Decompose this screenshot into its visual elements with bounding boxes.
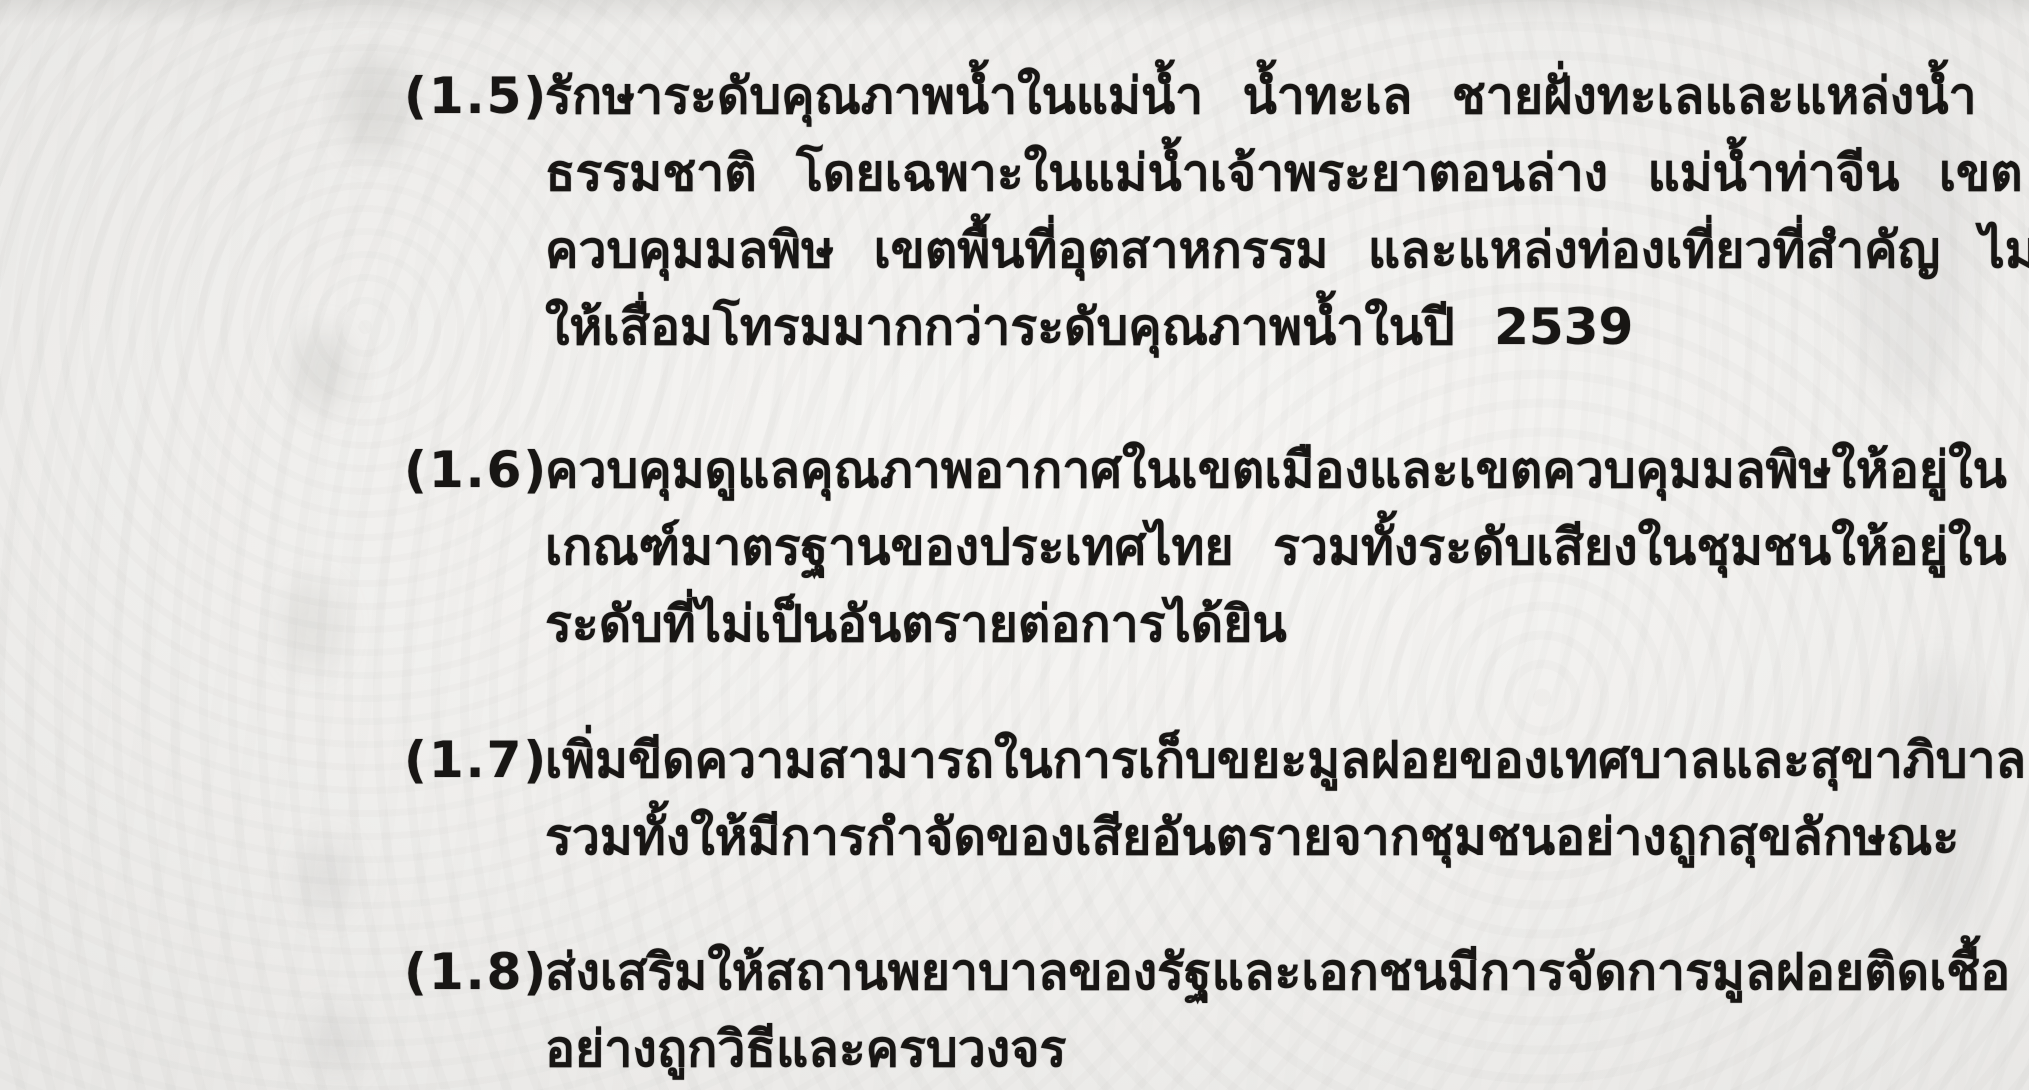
text-line: ธรรมชาติ โดยเฉพาะในแม่น้ำเจ้าพระยาตอนล่า… [545, 135, 1815, 212]
text-line: ระดับที่ไม่เป็นอันตรายต่อการได้ยิน [545, 586, 1815, 663]
text-line: อย่างถูกวิธีและครบวงจร [545, 1011, 1815, 1088]
clause-body: เพิ่มขีดความสามารถในการเก็บขยะมูลฝอยของเ… [545, 722, 1815, 876]
clause-body: ควบคุมดูแลคุณภาพอากาศในเขตเมืองและเขตควบ… [545, 432, 1815, 663]
scan-artifact [298, 840, 353, 915]
scan-artifact [1890, 660, 1990, 940]
text-line: เกณฑ์มาตรฐานของประเทศไทย รวมทั้งระดับเสี… [545, 509, 1815, 586]
text-line: ควบคุมมลพิษ เขตพื้นที่อุตสาหกรรม และแหล่… [545, 212, 1815, 289]
clause-number: (1.6) [404, 432, 548, 509]
text-line: รวมทั้งให้มีการกำจัดของเสียอันตรายจากชุม… [545, 799, 1815, 876]
text-line: เพิ่มขีดความสามารถในการเก็บขยะมูลฝอยของเ… [545, 722, 1815, 799]
scan-artifact [308, 1010, 363, 1075]
text-line: ส่งเสริมให้สถานพยาบาลของรัฐและเอกชนมีการ… [545, 934, 1815, 1011]
scan-artifact [282, 580, 342, 670]
scan-edge-shadow [0, 0, 2029, 26]
text-line: ควบคุมดูแลคุณภาพอากาศในเขตเมืองและเขตควบ… [545, 432, 1815, 509]
scanned-document-page: (1.5) รักษาระดับคุณภาพน้ำในแม่น้ำ น้ำทะเ… [0, 0, 2029, 1090]
text-line: รักษาระดับคุณภาพน้ำในแม่น้ำ น้ำทะเล ชายฝ… [545, 58, 1815, 135]
scan-artifact [295, 330, 350, 410]
clause-body: รักษาระดับคุณภาพน้ำในแม่น้ำ น้ำทะเล ชายฝ… [545, 58, 1815, 366]
clause-number: (1.8) [404, 934, 548, 1011]
text-line: ให้เสื่อมโทรมมากกว่าระดับคุณภาพน้ำในปี 2… [545, 289, 1815, 366]
clause-body: ส่งเสริมให้สถานพยาบาลของรัฐและเอกชนมีการ… [545, 934, 1815, 1088]
scan-artifact [340, 55, 410, 155]
clause-number: (1.5) [404, 58, 548, 135]
clause-number: (1.7) [404, 722, 548, 799]
